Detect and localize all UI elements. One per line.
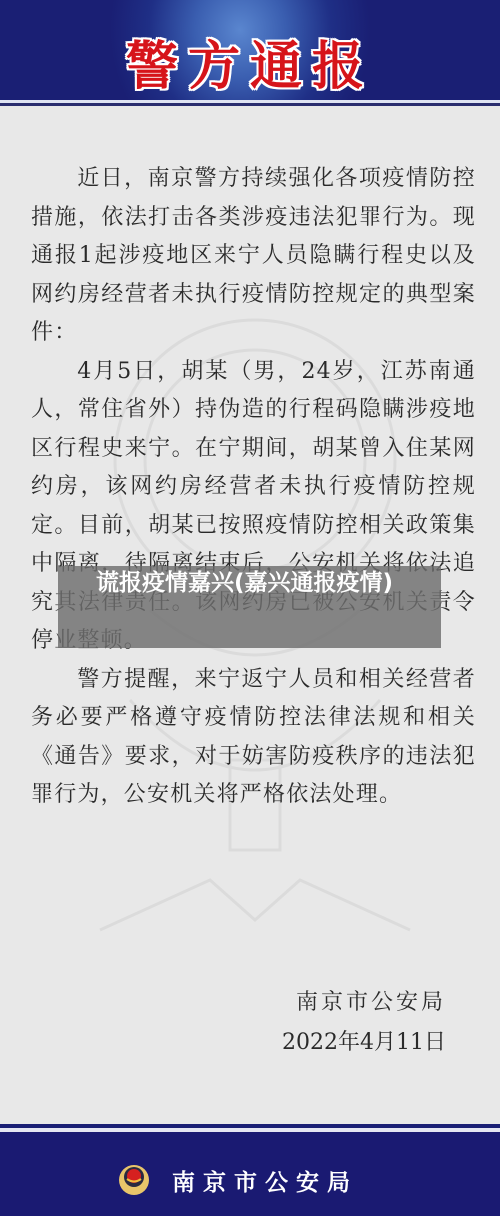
notice-body: 近日，南京警方持续强化各项疫情防控措施，依法打击各类涉疫违法犯罪行为。现通报1起…: [31, 160, 476, 815]
signature-date: 2022年4月11日: [282, 1025, 446, 1056]
footer-banner: 南京市公安局: [0, 1132, 500, 1216]
caption-text: 谎报疫情嘉兴(嘉兴通报疫情): [72, 568, 417, 598]
police-badge-icon: [118, 1162, 150, 1196]
header-banner: 警方通报: [0, 0, 500, 100]
notice-paragraph: 警方提醒，来宁返宁人员和相关经营者务必要严格遵守疫情防控法律法规和相关《通告》要…: [31, 661, 476, 815]
page-title: 警方通报: [0, 24, 500, 99]
signature-organization: 南京市公安局: [296, 985, 446, 1016]
divider: [0, 103, 500, 106]
notice-paragraph: 近日，南京警方持续强化各项疫情防控措施，依法打击各类涉疫违法犯罪行为。现通报1起…: [31, 160, 476, 353]
footer-organization: 南京市公安局: [172, 1164, 358, 1197]
